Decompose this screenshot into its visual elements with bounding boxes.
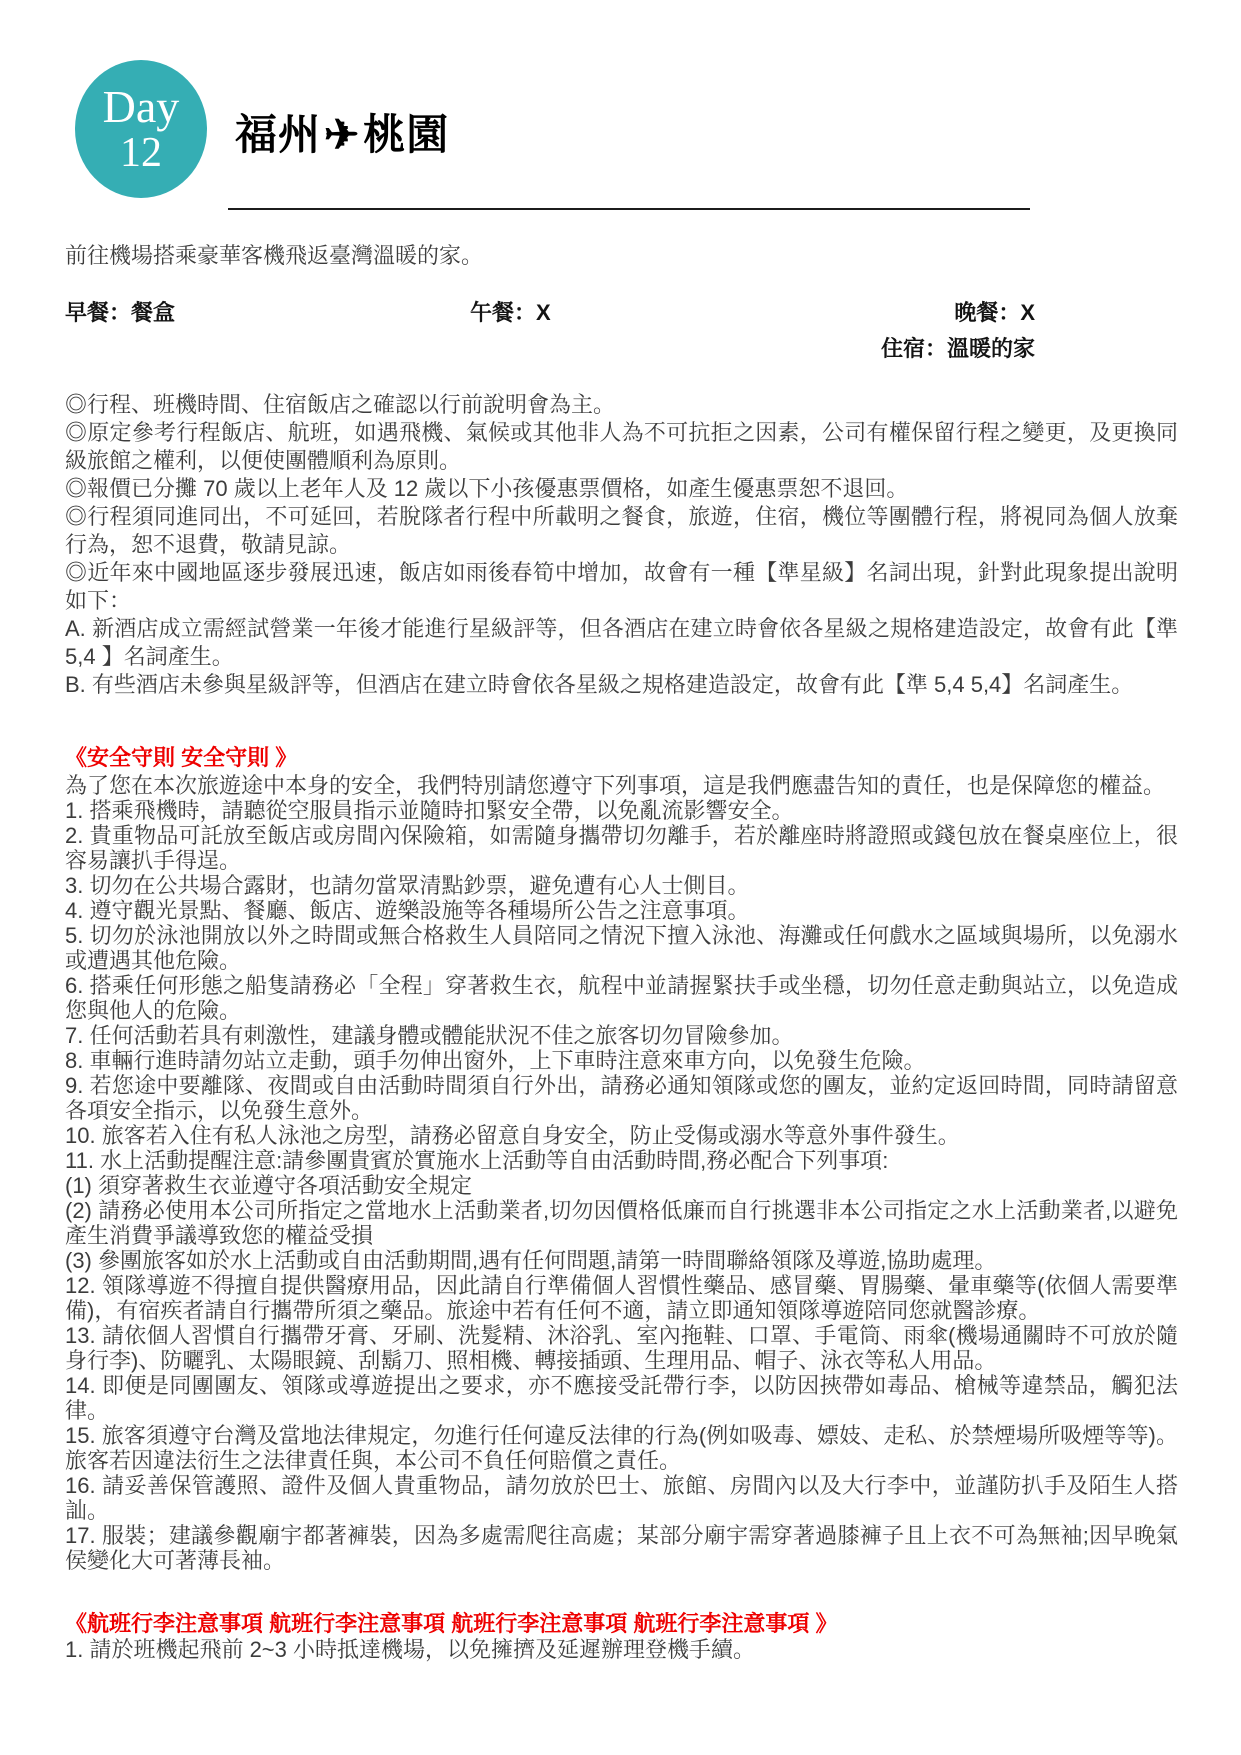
- airplane-icon: ✈: [321, 111, 363, 158]
- safety-rule-item: 8. 車輛行進時請勿站立走動，頭手勿伸出窗外，上下車時注意來車方向，以免發生危險…: [65, 1048, 1178, 1073]
- note-item: ◎行程須同進同出，不可延回，若脫隊者行程中所載明之餐食，旅遊，住宿，機位等團體行…: [65, 503, 1178, 559]
- note-item: ◎近年來中國地區逐步發展迅速，飯店如雨後春筍中增加，故會有一種【準星級】名詞出現…: [65, 559, 1178, 615]
- header-divider: [228, 208, 1030, 210]
- safety-rule-item: 16. 請妥善保管護照、證件及個人貴重物品，請勿放於巴士、旅館、房間內以及大行李…: [65, 1473, 1178, 1523]
- day-header: Day 12 福州✈桃園: [65, 0, 1178, 211]
- safety-rule-item: 17. 服裝；建議參觀廟宇都著褲裝，因為多處需爬往高處；某部分廟宇需穿著過膝褲子…: [65, 1523, 1178, 1573]
- flight-notes-list: 1. 請於班機起飛前 2~3 小時抵達機場，以免擁擠及延遲辦理登機手續。: [65, 1637, 1178, 1662]
- safety-rule-item: 14. 即便是同團團友、領隊或導遊提出之要求，亦不應接受託帶行李，以防因挾帶如毒…: [65, 1373, 1178, 1423]
- route-to: 桃園: [363, 111, 449, 158]
- note-item: ◎行程、班機時間、住宿飯店之確認以行前說明會為主。: [65, 391, 1178, 419]
- day-label: Day: [103, 83, 180, 131]
- safety-rule-item: 13. 請依個人習慣自行攜帶牙膏、牙刷、洗髮精、沐浴乳、室內拖鞋、口罩、手電筒、…: [65, 1323, 1178, 1373]
- safety-rule-item: 11. 水上活動提醒注意:請參團貴賓於實施水上活動等自由活動時間,務必配合下列事…: [65, 1148, 1178, 1173]
- note-item: A. 新酒店成立需經試營業一年後才能進行星級評等，但各酒店在建立時會依各星級之規…: [65, 615, 1178, 671]
- safety-rule-item: 7. 任何活動若具有刺激性，建議身體或體能狀況不佳之旅客切勿冒險參加。: [65, 1023, 1178, 1048]
- safety-rule-item: 4. 遵守觀光景點、餐廳、飯店、遊樂設施等各種場所公告之注意事項。: [65, 898, 1178, 923]
- safety-rule-item: (2) 請務必使用本公司所指定之當地水上活動業者,切勿因價格低廉而自行挑選非本公…: [65, 1198, 1178, 1248]
- route-title: 福州✈桃園: [235, 102, 449, 162]
- note-item: ◎報價已分攤 70 歲以上老年人及 12 歲以下小孩優惠票價格，如產生優惠票恕不…: [65, 475, 1178, 503]
- itinerary-page: Day 12 福州✈桃園 前往機場搭乘豪華客機飛返臺灣溫暖的家。 早餐：餐盒 午…: [0, 0, 1241, 1662]
- safety-rule-item: 2. 貴重物品可託放至飯店或房間內保險箱，如需隨身攜帶切勿離手，若於離座時將證照…: [65, 823, 1178, 873]
- day-badge: Day 12: [75, 60, 207, 198]
- lodging-label: 住宿：溫暖的家: [881, 336, 1035, 361]
- note-item: ◎原定參考行程飯店、航班，如遇飛機、氣候或其他非人為不可抗拒之因素，公司有權保留…: [65, 419, 1178, 475]
- safety-intro: 為了您在本次旅遊途中本身的安全，我們特別請您遵守下列事項，這是我們應盡告知的責任…: [65, 773, 1178, 798]
- safety-rules-list: 1. 搭乘飛機時，請聽從空服員指示並隨時扣緊安全帶，以免亂流影響安全。2. 貴重…: [65, 798, 1178, 1573]
- safety-rule-item: 5. 切勿於泳池開放以外之時間或無合格救生人員陪同之情況下擅入泳池、海灘或任何戲…: [65, 923, 1178, 973]
- safety-rule-item: 1. 搭乘飛機時，請聽從空服員指示並隨時扣緊安全帶，以免亂流影響安全。: [65, 798, 1178, 823]
- route-from: 福州: [235, 111, 321, 158]
- lodging-row: 住宿：溫暖的家: [65, 332, 1178, 363]
- safety-rule-item: (1) 須穿著救生衣並遵守各項活動安全規定: [65, 1173, 1178, 1198]
- lunch-label: 午餐：X: [470, 296, 551, 327]
- safety-rule-item: (3) 參團旅客如於水上活動或自由活動期間,遇有任何問題,請第一時間聯絡領隊及導…: [65, 1248, 1178, 1273]
- flight-baggage-heading: 《航班行李注意事項 航班行李注意事項 航班行李注意事項 航班行李注意事項 》: [65, 1611, 1178, 1637]
- day-number: 12: [120, 131, 162, 175]
- flight-note-item: 1. 請於班機起飛前 2~3 小時抵達機場，以免擁擠及延遲辦理登機手續。: [65, 1637, 1178, 1662]
- safety-rule-item: 12. 領隊導遊不得擅自提供醫療用品，因此請自行準備個人習慣性藥品、感冒藥、胃腸…: [65, 1273, 1178, 1323]
- day-summary: 前往機場搭乘豪華客機飛返臺灣溫暖的家。: [65, 241, 1178, 270]
- meal-row: 早餐：餐盒 午餐：X 晚餐：X: [65, 296, 1178, 327]
- safety-rule-item: 3. 切勿在公共場合露財，也請勿當眾清點鈔票，避免遭有心人士側目。: [65, 873, 1178, 898]
- safety-rule-item: 10. 旅客若入住有私人泳池之房型，請務必留意自身安全，防止受傷或溺水等意外事件…: [65, 1123, 1178, 1148]
- safety-rule-item: 15. 旅客須遵守台灣及當地法律規定，勿進行任何違反法律的行為(例如吸毒、嫖妓、…: [65, 1423, 1178, 1473]
- safety-rules-heading: 《安全守則 安全守則 》: [65, 745, 1178, 771]
- safety-rule-item: 9. 若您途中要離隊、夜間或自由活動時間須自行外出，請務必通知領隊或您的團友，並…: [65, 1073, 1178, 1123]
- general-notes: ◎行程、班機時間、住宿飯店之確認以行前說明會為主。◎原定參考行程飯店、航班，如遇…: [65, 391, 1178, 699]
- safety-rule-item: 6. 搭乘任何形態之船隻請務必「全程」穿著救生衣，航程中並請握緊扶手或坐穩，切勿…: [65, 973, 1178, 1023]
- dinner-label: 晚餐：X: [551, 296, 1178, 327]
- note-item: B. 有些酒店未參與星級評等，但酒店在建立時會依各星級之規格建造設定，故會有此【…: [65, 671, 1178, 699]
- breakfast-label: 早餐：餐盒: [65, 296, 470, 327]
